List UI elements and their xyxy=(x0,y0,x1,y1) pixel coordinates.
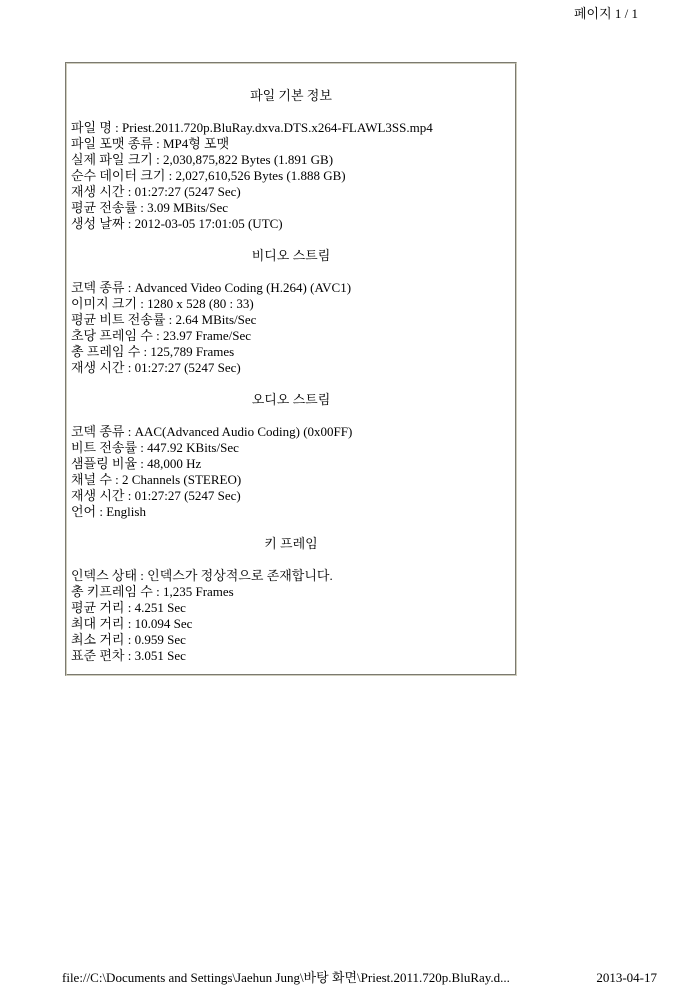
section-title-file-basic-info: 파일 기본 정보 xyxy=(71,88,511,104)
section-title-video-stream: 비디오 스트림 xyxy=(71,248,511,264)
section-lines-video-stream: 코덱 종류 : Advanced Video Coding (H.264) (A… xyxy=(71,280,511,376)
section-video-stream: 비디오 스트림 코덱 종류 : Advanced Video Coding (H… xyxy=(71,248,511,376)
section-file-basic-info: 파일 기본 정보 파일 명 : Priest.2011.720p.BluRay.… xyxy=(71,88,511,232)
section-title-key-frames: 키 프레임 xyxy=(71,536,511,552)
info-line: 언어 : English xyxy=(71,504,511,520)
info-line: 표준 편차 : 3.051 Sec xyxy=(71,648,511,664)
info-line: 총 프레임 수 : 125,789 Frames xyxy=(71,344,511,360)
info-line: 생성 날짜 : 2012-03-05 17:01:05 (UTC) xyxy=(71,216,511,232)
info-line: 평균 거리 : 4.251 Sec xyxy=(71,600,511,616)
info-line: 인덱스 상태 : 인덱스가 정상적으로 존재합니다. xyxy=(71,568,511,584)
info-line: 순수 데이터 크기 : 2,027,610,526 Bytes (1.888 G… xyxy=(71,168,511,184)
info-line: 재생 시간 : 01:27:27 (5247 Sec) xyxy=(71,360,511,376)
section-lines-file-basic-info: 파일 명 : Priest.2011.720p.BluRay.dxva.DTS.… xyxy=(71,120,511,232)
info-line: 비트 전송률 : 447.92 KBits/Sec xyxy=(71,440,511,456)
print-date: 2013-04-17 xyxy=(576,970,657,986)
section-lines-key-frames: 인덱스 상태 : 인덱스가 정상적으로 존재합니다.총 키프레임 수 : 1,2… xyxy=(71,568,511,664)
info-line: 코덱 종류 : AAC(Advanced Audio Coding) (0x00… xyxy=(71,424,511,440)
print-page-footer: file://C:\Documents and Settings\Jaehun … xyxy=(62,970,657,986)
info-line: 재생 시간 : 01:27:27 (5247 Sec) xyxy=(71,184,511,200)
info-line: 최소 거리 : 0.959 Sec xyxy=(71,632,511,648)
info-line: 채널 수 : 2 Channels (STEREO) xyxy=(71,472,511,488)
print-page-indicator: 페이지 1 / 1 xyxy=(0,6,638,22)
info-line: 이미지 크기 : 1280 x 528 (80 : 33) xyxy=(71,296,511,312)
source-file-url: file://C:\Documents and Settings\Jaehun … xyxy=(62,970,510,986)
file-info-box: 파일 기본 정보 파일 명 : Priest.2011.720p.BluRay.… xyxy=(65,62,517,676)
info-line: 평균 전송률 : 3.09 MBits/Sec xyxy=(71,200,511,216)
info-line: 실제 파일 크기 : 2,030,875,822 Bytes (1.891 GB… xyxy=(71,152,511,168)
section-key-frames: 키 프레임 인덱스 상태 : 인덱스가 정상적으로 존재합니다.총 키프레임 수… xyxy=(71,536,511,664)
info-line: 파일 명 : Priest.2011.720p.BluRay.dxva.DTS.… xyxy=(71,120,511,136)
info-line: 최대 거리 : 10.094 Sec xyxy=(71,616,511,632)
info-line: 파일 포맷 종류 : MP4형 포맷 xyxy=(71,136,511,152)
info-line: 재생 시간 : 01:27:27 (5247 Sec) xyxy=(71,488,511,504)
info-line: 샘플링 비율 : 48,000 Hz xyxy=(71,456,511,472)
section-title-audio-stream: 오디오 스트림 xyxy=(71,392,511,408)
section-lines-audio-stream: 코덱 종류 : AAC(Advanced Audio Coding) (0x00… xyxy=(71,424,511,520)
info-line: 총 키프레임 수 : 1,235 Frames xyxy=(71,584,511,600)
info-line: 코덱 종류 : Advanced Video Coding (H.264) (A… xyxy=(71,280,511,296)
info-line: 초당 프레임 수 : 23.97 Frame/Sec xyxy=(71,328,511,344)
section-audio-stream: 오디오 스트림 코덱 종류 : AAC(Advanced Audio Codin… xyxy=(71,392,511,520)
info-line: 평균 비트 전송률 : 2.64 MBits/Sec xyxy=(71,312,511,328)
